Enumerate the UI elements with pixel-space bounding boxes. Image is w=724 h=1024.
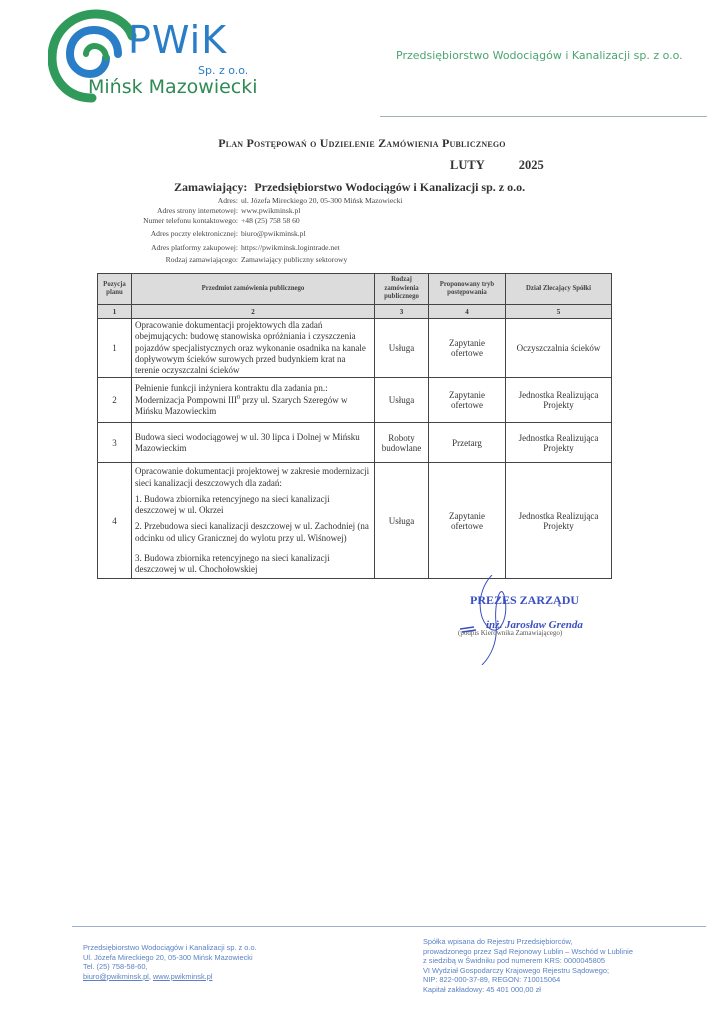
signature-title: PREZES ZARZĄDU — [470, 593, 579, 608]
row-department: Jednostka Realizująca Projekty — [506, 423, 612, 463]
orderer-name: Przedsiębiorstwo Wodociągów i Kanalizacj… — [254, 180, 525, 194]
company-logo: PWiK Sp. z o.o. Mińsk Mazowiecki — [48, 6, 258, 106]
info-address: Adres:ul. Józefa Mireckiego 20, 05-300 M… — [100, 196, 660, 205]
procurement-plan-table: Pozycja planu Przedmiot zamówienia publi… — [97, 273, 612, 579]
orderer-label: Zamawiający: — [174, 180, 247, 194]
table-row: 4 Opracowanie dokumentacji projektowej w… — [98, 463, 612, 579]
footer-email-link[interactable]: biuro@pwikminsk.pl — [83, 972, 149, 981]
row-procedure: Zapytanie ofertowe — [429, 463, 506, 579]
footer-registry: Spółka wpisana do Rejestru Przedsiębiorc… — [423, 937, 633, 995]
signature-caption: (podpis Kierownika Zamawiającego) — [458, 629, 562, 637]
row-department: Jednostka Realizująca Projekty — [506, 378, 612, 423]
row-subject: Opracowanie dokumentacji projektowej w z… — [132, 463, 375, 579]
row-department: Jednostka Realizująca Projekty — [506, 463, 612, 579]
info-phone: Numer telefonu kontaktowego:+48 (25) 758… — [100, 216, 660, 225]
table-header-row: Pozycja planu Przedmiot zamówienia publi… — [98, 274, 612, 305]
footer-divider — [72, 926, 706, 927]
info-email: Adres poczty elektronicznej:biuro@pwikmi… — [100, 229, 660, 238]
header-subject: Przedmiot zamówienia publicznego — [132, 274, 375, 305]
row-position: 3 — [98, 423, 132, 463]
header-type: Rodzaj zamówienia publicznego — [375, 274, 429, 305]
header-position: Pozycja planu — [98, 274, 132, 305]
orderer: Zamawiający: Przedsiębiorstwo Wodociągów… — [174, 180, 525, 195]
row-position: 4 — [98, 463, 132, 579]
row-subject: Pełnienie funkcji inżyniera kontraktu dl… — [132, 378, 375, 423]
logo-city: Mińsk Mazowiecki — [88, 76, 258, 98]
info-platform: Adres platformy zakupowej:https://pwikmi… — [100, 243, 660, 252]
plan-period: LUTY2025 — [450, 158, 544, 173]
row-type: Usługa — [375, 319, 429, 378]
row-procedure: Zapytanie ofertowe — [429, 378, 506, 423]
info-orderer-type: Rodzaj zamawiającego:Zamawiający publicz… — [100, 255, 660, 264]
plan-year: 2025 — [519, 158, 544, 172]
header-department: Dział Zlecający Spółki — [506, 274, 612, 305]
document-title: Plan Postępowań o Udzielenie Zamówienia … — [0, 136, 724, 151]
row-subject: Opracowanie dokumentacji projektowych dl… — [132, 319, 375, 378]
table-row: 1 Opracowanie dokumentacji projektowych … — [98, 319, 612, 378]
row-procedure: Zapytanie ofertowe — [429, 319, 506, 378]
column-number-row: 1 2 3 4 5 — [98, 305, 612, 319]
footer-contact: Przedsiębiorstwo Wodociągów i Kanalizacj… — [83, 943, 257, 981]
row-position: 2 — [98, 378, 132, 423]
row-type: Roboty budowlane — [375, 423, 429, 463]
table-row: 3 Budowa sieci wodociągowej w ul. 30 lip… — [98, 423, 612, 463]
row-type: Usługa — [375, 378, 429, 423]
row-procedure: Przetarg — [429, 423, 506, 463]
info-website: Adres strony internetowej:www.pwikminsk.… — [100, 206, 660, 215]
footer-website-link[interactable]: www.pwikminsk.pl — [153, 972, 213, 981]
table-row: 2 Pełnienie funkcji inżyniera kontraktu … — [98, 378, 612, 423]
header-company-name: Przedsiębiorstwo Wodociągów i Kanalizacj… — [396, 49, 683, 62]
header-divider — [380, 116, 707, 117]
row-department: Oczyszczalnia ścieków — [506, 319, 612, 378]
signature-block: PREZES ZARZĄDU inż. Jarosław Grenda (pod… — [430, 575, 610, 665]
header-procedure: Proponowany tryb postępowania — [429, 274, 506, 305]
row-type: Usługa — [375, 463, 429, 579]
plan-month: LUTY — [450, 158, 485, 172]
row-position: 1 — [98, 319, 132, 378]
row-subject: Budowa sieci wodociągowej w ul. 30 lipca… — [132, 423, 375, 463]
logo-brand: PWiK — [128, 18, 227, 62]
